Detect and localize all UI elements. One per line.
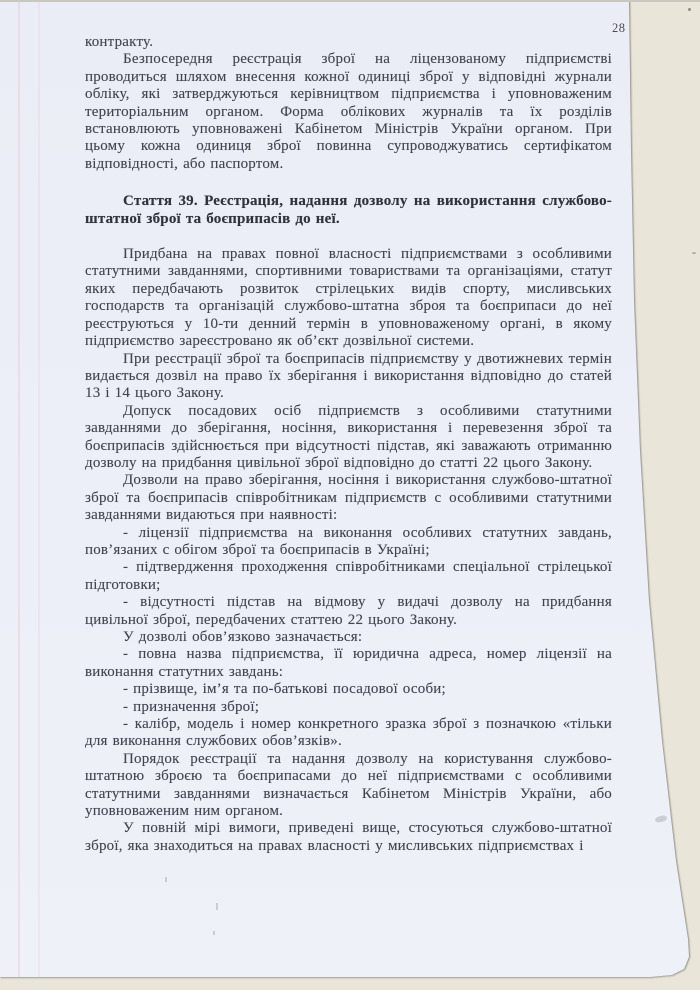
scanned-document-page: 28 контракту. Безпосередня реєстрація зб… [0, 0, 700, 990]
scan-artifact-dash [216, 903, 218, 910]
paragraph-permit-contents-intro: У дозволі обов’язково зазначається: [85, 629, 612, 646]
ink-speck [692, 252, 696, 254]
list-item-training: - підтвердження проходження співробітник… [85, 559, 612, 594]
scan-artifact-dash [213, 931, 215, 935]
paragraph-acquired: Придбана на правах повної власності підп… [85, 246, 612, 350]
scanner-top-edge [0, 0, 700, 2]
paper-color-stripe [18, 1, 20, 977]
page-shadow-wrap: 28 контракту. Безпосередня реєстрація зб… [0, 0, 700, 990]
scan-artifact-dash [165, 877, 167, 882]
paragraph-procedure: Порядок реєстрації та надання дозволу на… [85, 751, 612, 821]
list-item-caliber: - калібр, модель і номер конкретного зра… [85, 716, 612, 751]
paragraph-requirements: У повній мірі вимоги, приведені вище, ст… [85, 820, 612, 855]
paper-color-stripe [38, 1, 40, 977]
paragraph-admission: Допуск посадових осіб підприємств з особ… [85, 403, 612, 473]
paragraph-registration: Безпосередня реєстрація зброї на ліцензо… [85, 51, 612, 173]
list-item-license: - ліцензії підприємства на виконання осо… [85, 525, 612, 560]
document-page: 28 контракту. Безпосередня реєстрація зб… [0, 1, 700, 977]
paragraph-permits-intro: Дозволи на право зберігання, носіння і в… [85, 472, 612, 524]
list-item-company-name: - повна назва підприємства, її юридична … [85, 646, 612, 681]
document-text: контракту. Безпосередня реєстрація зброї… [85, 34, 612, 855]
list-item-person-name: - прізвище, ім’я та по-батькові посадово… [85, 681, 612, 698]
list-item-weapon-purpose: - призначення зброї; [85, 699, 612, 716]
paragraph-two-week-term: При реєстрації зброї та боєприпасів підп… [85, 351, 612, 403]
article-heading: Стаття 39. Реєстрація, надання дозволу н… [85, 193, 612, 228]
page-number: 28 [612, 21, 626, 36]
ink-speck [688, 8, 691, 11]
list-item-no-grounds: - відсутності підстав на відмову у видач… [85, 594, 612, 629]
paragraph-continuation: контракту. [85, 34, 612, 51]
